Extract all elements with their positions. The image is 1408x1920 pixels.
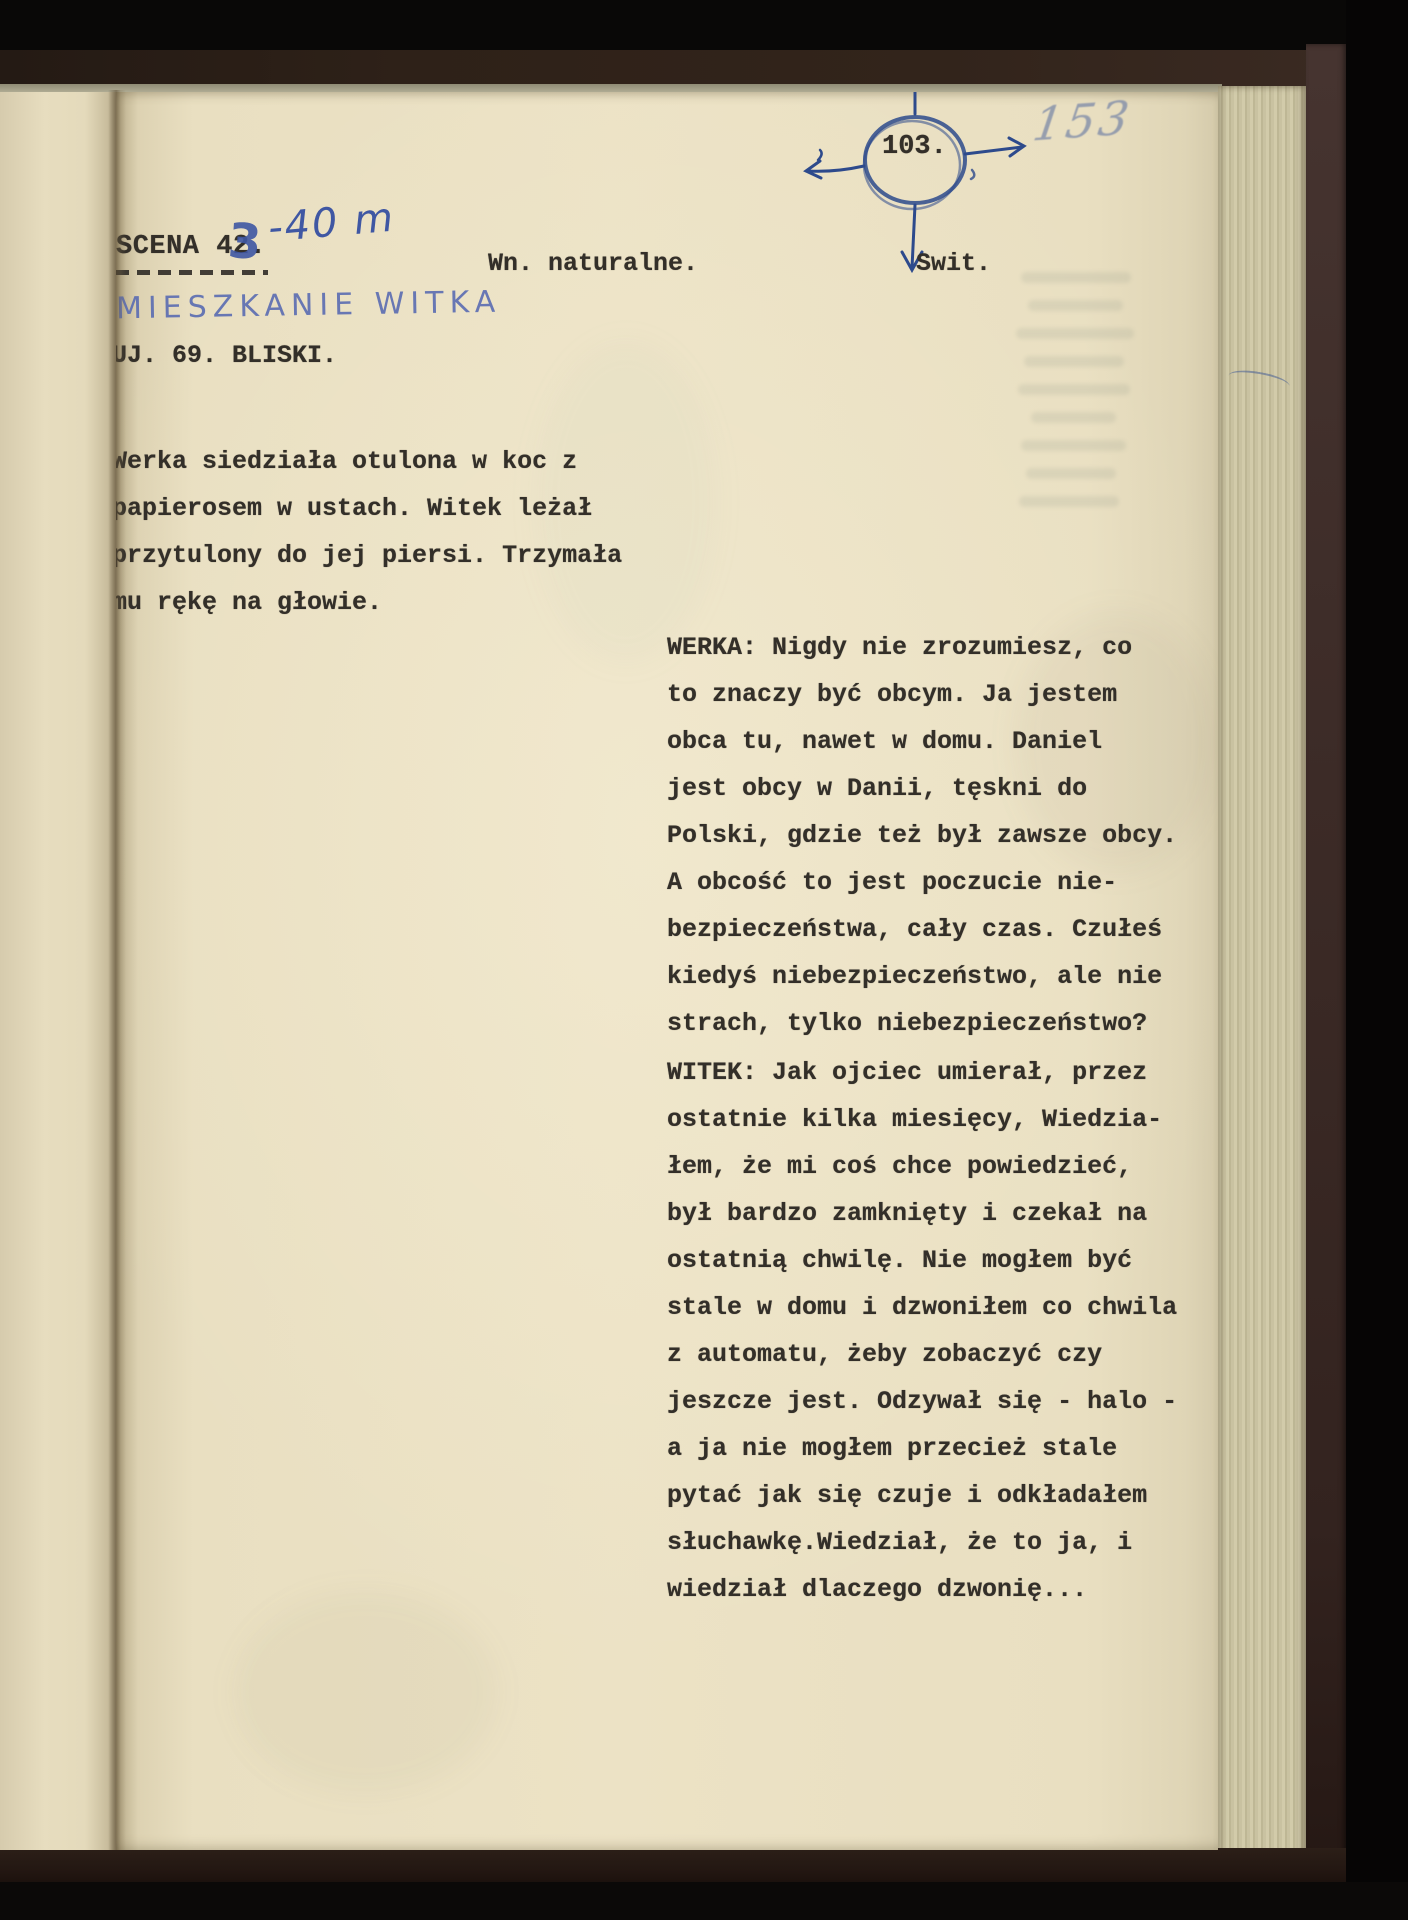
dialogue-witek: WITEK: Jak ojciec umierał, przezostatnie… xyxy=(667,1049,1177,1613)
typed-line: bezpieczeństwa, cały czas. Czułeś xyxy=(667,906,1177,953)
typed-line: Werka siedziała otulona w koc z xyxy=(116,438,622,485)
scene-heading-text: SCENA 4 xyxy=(116,232,233,262)
typed-line: z automatu, żeby zobaczyć czy xyxy=(667,1331,1177,1378)
typed-line: przytulony do jej piersi. Trzymała xyxy=(116,532,622,579)
previous-page-edge xyxy=(0,92,118,1850)
typed-line: pytać jak się czuje i odkładałem xyxy=(667,1472,1177,1519)
typed-line: ostatnią chwilę. Nie mogłem być xyxy=(667,1237,1177,1284)
page-fold-shadow xyxy=(108,90,126,1850)
typed-line: jest obcy w Danii, tęskni do xyxy=(667,765,1177,812)
paper-stain xyxy=(236,1592,496,1792)
typed-line: strach, tylko niebezpieczeństwo? xyxy=(667,1000,1177,1047)
book-cover-top-edge xyxy=(0,50,1346,86)
typed-line: ostatnie kilka miesięcy, Wiedzia- xyxy=(667,1096,1177,1143)
typed-line: WITEK: Jak ojciec umierał, przez xyxy=(667,1049,1177,1096)
typed-line: a ja nie mogłem przecież stale xyxy=(667,1425,1177,1472)
page-stack-edge xyxy=(1218,86,1308,1860)
typed-line: łem, że mi coś chce powiedzieć, xyxy=(667,1143,1177,1190)
typed-line: mu rękę na głowie. xyxy=(116,579,622,626)
background-top xyxy=(0,0,1408,56)
typed-line: to znaczy być obcym. Ja jestem xyxy=(667,671,1177,718)
typed-line: kiedyś niebezpieczeństwo, ale nie xyxy=(667,953,1177,1000)
scene-number-overwrite: 3 xyxy=(226,213,263,271)
scene-length-note: -40 m xyxy=(266,195,397,252)
typed-line: WERKA: Nigdy nie zrozumiesz, co xyxy=(667,624,1177,671)
book-cover-bottom-edge xyxy=(0,1848,1346,1886)
typed-line: papierosem w ustach. Witek leżał xyxy=(116,485,622,532)
interior-note: Wn. naturalne. xyxy=(488,240,698,287)
typed-line: jeszcze jest. Odzywał się - halo - xyxy=(667,1378,1177,1425)
typed-line: obca tu, nawet w domu. Daniel xyxy=(667,718,1177,765)
scene-heading-underline xyxy=(116,270,268,275)
typed-line: słuchawkę.Wiedział, że to ja, i xyxy=(667,1519,1177,1566)
shot-circle-number: 103. xyxy=(882,132,947,162)
typed-line: Polski, gdzie też był zawsze obcy. xyxy=(667,812,1177,859)
scanned-script-page: 153 103. SCENA 42. 3 xyxy=(0,0,1408,1920)
location-handwritten: MIESZKANIE WITKA xyxy=(116,285,502,327)
background-bottom xyxy=(0,1882,1408,1920)
dialogue-werka: WERKA: Nigdy nie zrozumiesz, coto znaczy… xyxy=(667,624,1177,1047)
script-page: 153 103. SCENA 42. 3 xyxy=(116,92,1218,1850)
direction-circle-annotation xyxy=(766,92,1066,322)
typed-line: był bardzo zamknięty i czekał na xyxy=(667,1190,1177,1237)
action-block: Werka siedziała otulona w koc zpapierose… xyxy=(116,438,622,626)
typed-line: stale w domu i dzwoniłem co chwila xyxy=(667,1284,1177,1331)
book-cover-right-edge xyxy=(1306,44,1348,1900)
time-note: Swit. xyxy=(916,240,991,287)
shot-line: UJ. 69. BLISKI. xyxy=(116,332,337,379)
typed-line: A obcość to jest poczucie nie- xyxy=(667,859,1177,906)
typed-line: wiedział dlaczego dzwonię... xyxy=(667,1566,1177,1613)
background-right xyxy=(1346,0,1408,1920)
